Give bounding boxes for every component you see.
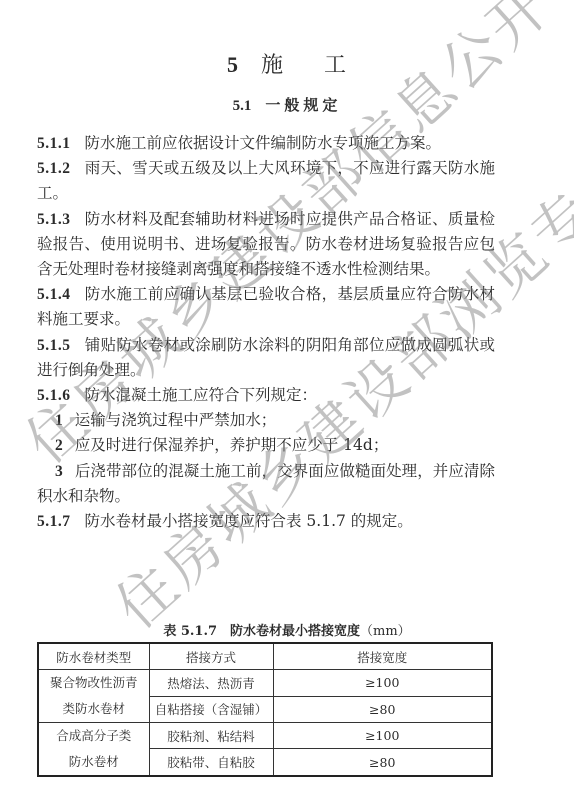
item-text: 应及时进行保湿养护，养护期不应少于 14d；	[75, 436, 389, 454]
section-title: 5.1一般规定	[0, 94, 574, 115]
membrane-type-cell: 聚合物改性沥青类防水卷材	[38, 670, 149, 723]
clause-5-1-6-item-1: 1运输与浇筑过程中严禁加水；	[37, 408, 495, 433]
table-row: 合成高分子类防水卷材 胶粘剂、粘结料 ≥100	[38, 723, 492, 749]
header-cell: 搭接宽度	[273, 643, 492, 670]
clause-list: 5.1.1防水施工前应依据设计文件编制防水专项施工方案。 5.1.2雨天、雪天或…	[37, 131, 495, 534]
section-heading: 一般规定	[265, 96, 341, 114]
method-cell: 胶粘带、自粘胶	[149, 749, 273, 776]
clause-5-1-3: 5.1.3防水材料及配套辅助材料进场时应提供产品合格证、质量检验报告、使用说明书…	[37, 207, 495, 283]
clause-number: 5.1.2	[37, 160, 71, 177]
clause-text: 防水卷材最小搭接宽度应符合表 5.1.7 的规定。	[85, 512, 413, 530]
clause-5-1-6-item-3: 3后浇带部位的混凝土施工前，交界面应做糙面处理，并应清除积水和杂物。	[37, 459, 495, 509]
width-cell: ≥100	[273, 723, 492, 749]
item-text: 后浇带部位的混凝土施工前，交界面应做糙面处理，并应清除积水和杂物。	[37, 462, 495, 505]
width-cell: ≥80	[273, 749, 492, 776]
item-number: 2	[55, 437, 63, 454]
clause-text: 防水材料及配套辅助材料进场时应提供产品合格证、质量检验报告、使用说明书、进场复验…	[37, 210, 495, 278]
clause-number: 5.1.7	[37, 513, 71, 530]
clause-text: 雨天、雪天或五级及以上大风环境下，不应进行露天防水施工。	[37, 159, 495, 202]
header-cell: 搭接方式	[149, 643, 273, 670]
chapter-title: 5施工	[0, 48, 574, 79]
item-number: 3	[55, 463, 63, 480]
table-caption-unit: （mm）	[360, 624, 411, 639]
clause-text: 防水施工前应依据设计文件编制防水专项施工方案。	[85, 134, 442, 152]
chapter-number: 5	[227, 52, 239, 77]
membrane-type-cell: 合成高分子类防水卷材	[38, 723, 149, 777]
clause-5-1-4: 5.1.4防水施工前应确认基层已验收合格，基层质量应符合防水材料施工要求。	[37, 282, 495, 332]
clause-number: 5.1.6	[37, 387, 71, 404]
chapter-title-part1: 施	[261, 53, 284, 78]
method-cell: 热熔法、热沥青	[149, 670, 273, 697]
method-cell: 自粘搭接（含湿铺）	[149, 696, 273, 723]
section-number: 5.1	[233, 98, 252, 114]
clause-5-1-6-item-2: 2应及时进行保湿养护，养护期不应少于 14d；	[37, 433, 495, 458]
clause-5-1-7: 5.1.7防水卷材最小搭接宽度应符合表 5.1.7 的规定。	[37, 509, 495, 534]
clause-5-1-5: 5.1.5铺贴防水卷材或涂刷防水涂料的阴阳角部位应做成圆弧状或进行倒角处理。	[37, 333, 495, 383]
document-page: 5施工 5.1一般规定 5.1.1防水施工前应依据设计文件编制防水专项施工方案。…	[0, 0, 574, 789]
table-caption: 表 5.1.7 防水卷材最小搭接宽度（mm）	[0, 620, 574, 639]
clause-text: 铺贴防水卷材或涂刷防水涂料的阴阳角部位应做成圆弧状或进行倒角处理。	[37, 336, 495, 379]
clause-5-1-2: 5.1.2雨天、雪天或五级及以上大风环境下，不应进行露天防水施工。	[37, 156, 495, 206]
clause-text: 防水施工前应确认基层已验收合格，基层质量应符合防水材料施工要求。	[37, 285, 495, 328]
chapter-title-part2: 工	[324, 53, 347, 78]
width-cell: ≥80	[273, 696, 492, 723]
clause-number: 5.1.1	[37, 135, 71, 152]
table-caption-title: 表 5.1.7 防水卷材最小搭接宽度	[163, 624, 360, 639]
clause-5-1-1: 5.1.1防水施工前应依据设计文件编制防水专项施工方案。	[37, 131, 495, 156]
width-cell: ≥100	[273, 670, 492, 697]
clause-number: 5.1.4	[37, 286, 71, 303]
item-text: 运输与浇筑过程中严禁加水；	[75, 411, 277, 429]
lap-width-table: 防水卷材类型 搭接方式 搭接宽度 聚合物改性沥青类防水卷材 热熔法、热沥青 ≥1…	[37, 642, 493, 777]
header-cell: 防水卷材类型	[38, 643, 149, 670]
clause-number: 5.1.3	[37, 211, 71, 228]
clause-text: 防水混凝土施工应符合下列规定：	[85, 386, 318, 404]
table-header-row: 防水卷材类型 搭接方式 搭接宽度	[38, 643, 492, 670]
method-cell: 胶粘剂、粘结料	[149, 723, 273, 749]
clause-5-1-6: 5.1.6防水混凝土施工应符合下列规定：	[37, 383, 495, 408]
clause-number: 5.1.5	[37, 337, 71, 354]
table-row: 聚合物改性沥青类防水卷材 热熔法、热沥青 ≥100	[38, 670, 492, 697]
item-number: 1	[55, 412, 63, 429]
